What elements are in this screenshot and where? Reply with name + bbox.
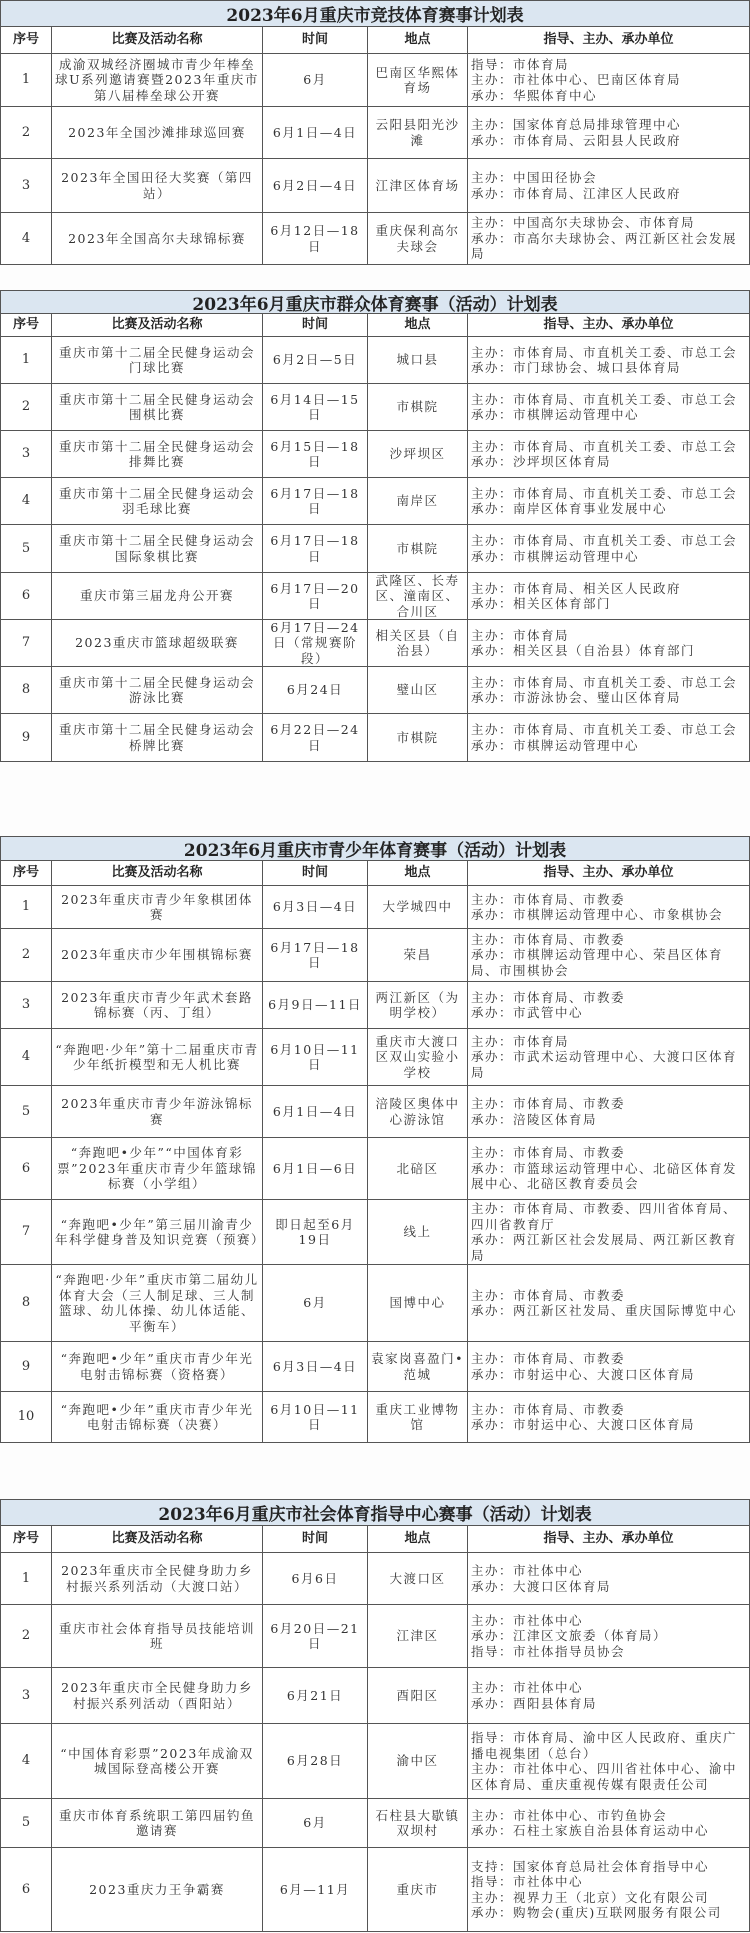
- row-number: 6: [1, 573, 52, 619]
- row-number: 5: [1, 1799, 52, 1847]
- event-name-text: 重庆市社会体育指导员技能培训班: [55, 1621, 259, 1652]
- event-location: 袁家岗喜盈门•范城: [368, 1342, 468, 1391]
- row-number-text: 8: [22, 1295, 30, 1311]
- event-time: 6月14日—15日: [263, 384, 368, 430]
- event-time: 6月20日—21日: [263, 1605, 368, 1667]
- event-time-text: 6月17日—18日: [266, 533, 364, 564]
- event-location-text: 涪陵区奥体中心游泳馆: [371, 1096, 464, 1127]
- event-organizers-text: 主办：市社体中心 承办：酉阳县体育局: [471, 1680, 597, 1711]
- event-location: 江津区: [368, 1605, 468, 1667]
- event-time: 6月10日—11日: [263, 1029, 368, 1085]
- event-organizers: 主办：中国高尔夫球协会、市体育局 承办：市高尔夫球协会、两江新区社会发展局: [468, 213, 749, 264]
- event-organizers-text: 主办：市体育局、市直机关工委、市总工会 承办：市棋牌运动管理中心: [471, 533, 737, 564]
- column-header-event-name: 比赛及活动名称: [52, 1526, 263, 1552]
- row-number-text: 5: [22, 1815, 30, 1831]
- event-organizers: 主办：市体育局、市教委 承办：市射运中心、大渡口区体育局: [468, 1342, 749, 1391]
- event-organizers: 主办：市体育局、市直机关工委、市总工会 承办：市棋牌运动管理中心: [468, 525, 749, 572]
- schedule-table-3: 2023年6月重庆市青少年体育赛事（活动）计划表序号比赛及活动名称时间地点指导、…: [0, 836, 750, 1443]
- row-number: 5: [1, 525, 52, 572]
- column-header-event-location: 地点: [368, 1526, 468, 1552]
- row-number-text: 3: [22, 446, 30, 462]
- event-organizers: 主办：市体育局、市教委 承办：市射运中心、大渡口区体育局: [468, 1392, 749, 1442]
- table-row: 5重庆市体育系统职工第四届钓鱼邀请赛6月石柱县大歇镇双坝村主办：市社体中心、市钓…: [1, 1799, 749, 1848]
- event-organizers: 主办：市体育局、市直机关工委、市总工会 承办：沙坪坝区体育局: [468, 431, 749, 477]
- event-time: 6月10日—11日: [263, 1392, 368, 1442]
- event-location: 江津区体育场: [368, 159, 468, 212]
- event-name: 2023年重庆市青少年武术套路锦标赛（丙、丁组）: [52, 982, 263, 1028]
- event-time-text: 6月2日—4日: [273, 178, 357, 194]
- event-organizers-text: 主办：中国高尔夫球协会、市体育局 承办：市高尔夫球协会、两江新区社会发展局: [471, 215, 746, 262]
- event-name-text: “奔跑吧•少年”重庆市青少年光电射击锦标赛（资格赛）: [55, 1351, 259, 1382]
- event-location: 市棋院: [368, 384, 468, 430]
- event-time: 6月3日—4日: [263, 1342, 368, 1391]
- event-organizers-text: 主办：市体育局、市教委、四川省体育局、四川省教育厅 承办：两江新区社会发展局、两…: [471, 1201, 746, 1263]
- event-name: 2023年全国高尔夫球锦标赛: [52, 213, 263, 264]
- row-number: 2: [1, 1605, 52, 1667]
- table-row: 22023年重庆市少年围棋锦标赛6月17日—18日荣昌主办：市体育局、市教委 承…: [1, 929, 749, 982]
- table-row: 12023年重庆市全民健身助力乡村振兴系列活动（大渡口站）6月6日大渡口区主办：…: [1, 1553, 749, 1605]
- event-name-text: 重庆市第十二届全民健身运动会围棋比赛: [55, 392, 259, 423]
- event-organizers-text: 主办：市体育局、市直机关工委、市总工会 承办：南岸区体育事业发展中心: [471, 486, 737, 517]
- event-time: 6月24日: [263, 667, 368, 713]
- table-row: 5重庆市第十二届全民健身运动会国际象棋比赛6月17日—18日市棋院主办：市体育局…: [1, 525, 749, 573]
- event-time: 6月3日—4日: [263, 886, 368, 928]
- column-header-event-name: 比赛及活动名称: [52, 314, 263, 336]
- event-organizers: 主办：市体育局、市教委 承办：市武管中心: [468, 982, 749, 1028]
- event-name-text: “奔跑吧·少年”重庆市第二届幼儿体育大会（三人制足球、三人制篮球、幼儿体操、幼儿…: [55, 1272, 259, 1334]
- event-organizers-text: 主办：市体育局、市教委 承办：市射运中心、大渡口区体育局: [471, 1402, 695, 1433]
- event-organizers: 主办：市体育局、市教委 承办：两江新区社发局、重庆国际博览中心: [468, 1265, 749, 1341]
- event-name-text: 重庆市第三届龙舟公开赛: [80, 588, 234, 604]
- row-number: 2: [1, 929, 52, 981]
- table-row: 32023年全国田径大奖赛（第四站）6月2日—4日江津区体育场主办：中国田径协会…: [1, 159, 749, 213]
- row-number: 1: [1, 337, 52, 383]
- row-number: 2: [1, 107, 52, 158]
- row-number-text: 6: [22, 588, 30, 604]
- row-number-text: 8: [22, 682, 30, 698]
- row-number: 4: [1, 213, 52, 264]
- schedule-table-2: 2023年6月重庆市群众体育赛事（活动）计划表序号比赛及活动名称时间地点指导、主…: [0, 290, 750, 762]
- event-organizers-text: 主办：国家体育总局排球管理中心 承办：市体育局、云阳县人民政府: [471, 117, 681, 148]
- event-time-text: 6月10日—11日: [266, 1042, 364, 1073]
- table-row: 42023年全国高尔夫球锦标赛6月12日—18日重庆保利高尔夫球会主办：中国高尔…: [1, 213, 749, 265]
- event-organizers: 主办：市社体中心 承办：大渡口区体育局: [468, 1553, 749, 1604]
- column-header-event-organizers: 指导、主办、承办单位: [468, 1526, 749, 1552]
- column-header-event-organizers: 指导、主办、承办单位: [468, 861, 749, 885]
- event-location-text: 石柱县大歇镇双坝村: [371, 1808, 464, 1839]
- table-row: 52023年重庆市青少年游泳锦标赛6月1日—4日涪陵区奥体中心游泳馆主办：市体育…: [1, 1086, 749, 1138]
- event-location: 武隆区、长寿区、潼南区、合川区: [368, 573, 468, 619]
- event-time-text: 6月6日: [292, 1571, 339, 1587]
- row-number-text: 4: [22, 493, 30, 509]
- event-time-text: 6月1日—6日: [273, 1161, 357, 1177]
- event-location-text: 市棋院: [396, 399, 438, 415]
- event-time: 6月1日—4日: [263, 1086, 368, 1137]
- event-name-text: 成渝双城经济圈城市青少年棒垒球U系列邀请赛暨2023年重庆市第八届棒垒球公开赛: [55, 57, 259, 104]
- table-row: 6“奔跑吧•少年”“中国体育彩票”2023年重庆市青少年篮球锦标赛（小学组）6月…: [1, 1138, 749, 1200]
- event-time-text: 6月12日—18日: [266, 223, 364, 254]
- event-time: 6月1日—6日: [263, 1138, 368, 1199]
- row-number-text: 7: [22, 635, 30, 651]
- event-name: 2023年全国沙滩排球巡回赛: [52, 107, 263, 158]
- row-number-text: 2: [22, 947, 30, 963]
- event-location-text: 江津区: [396, 1628, 438, 1644]
- row-number-text: 6: [22, 1161, 30, 1177]
- event-name: “中国体育彩票”2023年成渝双城国际登高楼公开赛: [52, 1724, 263, 1798]
- event-location: 重庆市大渡口区双山实验小学校: [368, 1029, 468, 1085]
- event-time: 6月6日: [263, 1553, 368, 1604]
- event-organizers-text: 主办：市体育局、市教委 承办：市武管中心: [471, 990, 625, 1021]
- event-organizers-text: 主办：市体育局、市教委 承办：市射运中心、大渡口区体育局: [471, 1351, 695, 1382]
- event-location-text: 市棋院: [396, 541, 438, 557]
- row-number-text: 5: [22, 541, 30, 557]
- event-location: 相关区县（自治县）: [368, 620, 468, 666]
- table-header-row: 序号比赛及活动名称时间地点指导、主办、承办单位: [1, 27, 749, 54]
- event-organizers-text: 主办：中国田径协会 承办：市体育局、江津区人民政府: [471, 170, 681, 201]
- row-number: 7: [1, 1200, 52, 1264]
- column-header-event-name: 比赛及活动名称: [52, 27, 263, 53]
- event-time: 6月12日—18日: [263, 213, 368, 264]
- event-time: 6月9日—11日: [263, 982, 368, 1028]
- table-row: 2重庆市第十二届全民健身运动会围棋比赛6月14日—15日市棋院主办：市体育局、市…: [1, 384, 749, 431]
- column-header-event-location: 地点: [368, 27, 468, 53]
- event-time-text: 6月—11月: [280, 1882, 350, 1898]
- event-name: 成渝双城经济圈城市青少年棒垒球U系列邀请赛暨2023年重庆市第八届棒垒球公开赛: [52, 54, 263, 106]
- event-time-text: 6月10日—11日: [266, 1402, 364, 1433]
- event-name: 2023年重庆市青少年象棋团体赛: [52, 886, 263, 928]
- event-time: 6月15日—18日: [263, 431, 368, 477]
- event-name-text: 2023年重庆市全民健身助力乡村振兴系列活动（酉阳站）: [55, 1680, 259, 1711]
- event-location: 涪陵区奥体中心游泳馆: [368, 1086, 468, 1137]
- event-organizers-text: 指导：市体育局、渝中区人民政府、重庆广播电视集团（总台） 主办：市社体中心、四川…: [471, 1730, 746, 1792]
- event-organizers: 主办：市体育局 承办：相关区县（自治县）体育部门: [468, 620, 749, 666]
- event-location-text: 线上: [403, 1224, 431, 1240]
- event-name: 重庆市第十二届全民健身运动会羽毛球比赛: [52, 478, 263, 524]
- event-organizers-text: 主办：市体育局 承办：市武术运动管理中心、大渡口区体育局: [471, 1034, 746, 1081]
- event-time: 6月: [263, 1265, 368, 1341]
- event-time-text: 6月3日—4日: [273, 1359, 357, 1375]
- event-location: 市棋院: [368, 714, 468, 761]
- event-organizers: 主办：市社体中心 承办：江津区文旅委（体育局） 指导：市社体指导员协会: [468, 1605, 749, 1667]
- row-number-text: 3: [22, 178, 30, 194]
- table-header-row: 序号比赛及活动名称时间地点指导、主办、承办单位: [1, 1526, 749, 1553]
- event-time: 6月17日—18日: [263, 929, 368, 981]
- event-location-text: 重庆市: [396, 1882, 438, 1898]
- event-time: 6月17日—18日: [263, 525, 368, 572]
- row-number-text: 3: [22, 1688, 30, 1704]
- event-location-text: 巴南区华熙体育场: [371, 65, 464, 96]
- table-row: 4“奔跑吧·少年”第十二届重庆市青少年纸折模型和无人机比赛6月10日—11日重庆…: [1, 1029, 749, 1086]
- event-location-text: 国博中心: [389, 1295, 445, 1311]
- event-organizers-text: 支持：国家体育总局社会体育指导中心 指导：市社体中心 主办：视界力王（北京）文化…: [471, 1859, 722, 1921]
- event-organizers: 主办：市体育局、市教委 承办：市棋牌运动管理中心、荣昌区体育局、市围棋协会: [468, 929, 749, 981]
- row-number-text: 2: [22, 125, 30, 141]
- event-organizers-text: 主办：市社体中心 承办：大渡口区体育局: [471, 1563, 611, 1594]
- event-time-text: 6月2日—5日: [273, 352, 357, 368]
- event-time: 6月17日—20日: [263, 573, 368, 619]
- event-location-text: 相关区县（自治县）: [371, 628, 464, 659]
- row-number: 3: [1, 982, 52, 1028]
- event-time-text: 6月: [303, 1815, 326, 1831]
- event-location-text: 两江新区（为明学校）: [371, 990, 464, 1021]
- event-time-text: 6月17日—24日（常规赛阶段）: [266, 620, 364, 667]
- table-title: 2023年6月重庆市群众体育赛事（活动）计划表: [1, 291, 749, 314]
- row-number: 1: [1, 54, 52, 106]
- column-header-event-name: 比赛及活动名称: [52, 861, 263, 885]
- table-row: 12023年重庆市青少年象棋团体赛6月3日—4日大学城四中主办：市体育局、市教委…: [1, 886, 749, 929]
- column-header-row-number: 序号: [1, 1526, 52, 1552]
- table-row: 1重庆市第十二届全民健身运动会门球比赛6月2日—5日城口县主办：市体育局、市直机…: [1, 337, 749, 384]
- event-name-text: 2023重庆力王争霸赛: [89, 1882, 225, 1898]
- table-row: 32023年重庆市全民健身助力乡村振兴系列活动（酉阳站）6月21日酉阳区主办：市…: [1, 1668, 749, 1724]
- table-row: 72023重庆市篮球超级联赛6月17日—24日（常规赛阶段）相关区县（自治县）主…: [1, 620, 749, 667]
- event-time: 6月17日—18日: [263, 478, 368, 524]
- event-location-text: 市棋院: [396, 730, 438, 746]
- row-number-text: 10: [18, 1409, 35, 1425]
- event-organizers: 主办：国家体育总局排球管理中心 承办：市体育局、云阳县人民政府: [468, 107, 749, 158]
- event-name: “奔跑吧•少年”“中国体育彩票”2023年重庆市青少年篮球锦标赛（小学组）: [52, 1138, 263, 1199]
- event-location: 重庆保利高尔夫球会: [368, 213, 468, 264]
- column-header-event-time: 时间: [263, 861, 368, 885]
- event-location: 南岸区: [368, 478, 468, 524]
- event-time: 6月: [263, 1799, 368, 1847]
- event-organizers: 主办：市体育局、市直机关工委、市总工会 承办：市游泳协会、璧山区体育局: [468, 667, 749, 713]
- event-location: 国博中心: [368, 1265, 468, 1341]
- table-title: 2023年6月重庆市竞技体育赛事计划表: [1, 1, 749, 27]
- event-time-text: 6月28日: [287, 1753, 343, 1769]
- event-time-text: 6月14日—15日: [266, 392, 364, 423]
- event-organizers-text: 主办：市社体中心 承办：江津区文旅委（体育局） 指导：市社体指导员协会: [471, 1613, 667, 1660]
- table-row: 8“奔跑吧·少年”重庆市第二届幼儿体育大会（三人制足球、三人制篮球、幼儿体操、幼…: [1, 1265, 749, 1342]
- event-organizers: 主办：市体育局、市直机关工委、市总工会 承办：南岸区体育事业发展中心: [468, 478, 749, 524]
- row-number: 6: [1, 1848, 52, 1931]
- row-number: 4: [1, 1724, 52, 1798]
- row-number: 8: [1, 667, 52, 713]
- event-name-text: 重庆市体育系统职工第四届钓鱼邀请赛: [55, 1808, 259, 1839]
- event-name-text: “中国体育彩票”2023年成渝双城国际登高楼公开赛: [55, 1746, 259, 1777]
- event-location-text: 城口县: [396, 352, 438, 368]
- event-time-text: 6月20日—21日: [266, 1621, 364, 1652]
- event-organizers: 主办：市体育局、相关区人民政府 承办：相关区体育部门: [468, 573, 749, 619]
- event-time-text: 6月17日—18日: [266, 940, 364, 971]
- event-name-text: 2023年全国高尔夫球锦标赛: [68, 231, 246, 247]
- event-location: 荣昌: [368, 929, 468, 981]
- event-organizers-text: 主办：市体育局、市教委 承办：两江新区社发局、重庆国际博览中心: [471, 1288, 737, 1319]
- event-organizers-text: 主办：市体育局 承办：相关区县（自治县）体育部门: [471, 628, 695, 659]
- column-header-row-number: 序号: [1, 27, 52, 53]
- row-number-text: 1: [22, 72, 30, 88]
- event-name: “奔跑吧•少年”重庆市青少年光电射击锦标赛（资格赛）: [52, 1342, 263, 1391]
- event-time-text: 6月21日: [287, 1688, 343, 1704]
- event-name: 2023年重庆市全民健身助力乡村振兴系列活动（大渡口站）: [52, 1553, 263, 1604]
- event-organizers-text: 主办：市社体中心、市钓鱼协会 承办：石柱土家族自治县体育运动中心: [471, 1808, 709, 1839]
- event-location: 两江新区（为明学校）: [368, 982, 468, 1028]
- event-time: 6月—11月: [263, 1848, 368, 1931]
- event-name-text: 2023年重庆市少年围棋锦标赛: [61, 947, 253, 963]
- column-header-event-time: 时间: [263, 1526, 368, 1552]
- event-name: “奔跑吧•少年”重庆市青少年光电射击锦标赛（决赛）: [52, 1392, 263, 1442]
- row-number: 9: [1, 714, 52, 761]
- row-number-text: 4: [22, 231, 30, 247]
- event-location: 线上: [368, 1200, 468, 1264]
- event-organizers: 指导：市体育局 主办：市社体中心、巴南区体育局 承办：华熙体育中心: [468, 54, 749, 106]
- column-header-event-time: 时间: [263, 27, 368, 53]
- event-time-text: 6月1日—4日: [273, 1104, 357, 1120]
- event-time: 6月: [263, 54, 368, 106]
- column-header-row-number: 序号: [1, 314, 52, 336]
- event-name-text: 重庆市第十二届全民健身运动会羽毛球比赛: [55, 486, 259, 517]
- row-number: 2: [1, 384, 52, 430]
- event-name-text: 2023年全国沙滩排球巡回赛: [68, 125, 246, 141]
- event-time-text: 6月: [303, 72, 326, 88]
- event-organizers: 主办：市体育局、市教委 承办：市棋牌运动管理中心、市象棋协会: [468, 886, 749, 928]
- row-number: 5: [1, 1086, 52, 1137]
- row-number: 6: [1, 1138, 52, 1199]
- table-row: 2重庆市社会体育指导员技能培训班6月20日—21日江津区主办：市社体中心 承办：…: [1, 1605, 749, 1668]
- event-location-text: 袁家岗喜盈门•范城: [371, 1351, 464, 1382]
- event-name: 重庆市第三届龙舟公开赛: [52, 573, 263, 619]
- row-number-text: 2: [22, 399, 30, 415]
- event-organizers: 指导：市体育局、渝中区人民政府、重庆广播电视集团（总台） 主办：市社体中心、四川…: [468, 1724, 749, 1798]
- event-location-text: 酉阳区: [396, 1688, 438, 1704]
- event-location: 云阳县阳光沙滩: [368, 107, 468, 158]
- event-name: 重庆市第十二届全民健身运动会门球比赛: [52, 337, 263, 383]
- table-row: 22023年全国沙滩排球巡回赛6月1日—4日云阳县阳光沙滩主办：国家体育总局排球…: [1, 107, 749, 159]
- event-location: 大学城四中: [368, 886, 468, 928]
- event-location: 渝中区: [368, 1724, 468, 1798]
- event-organizers: 主办：市社体中心、市钓鱼协会 承办：石柱土家族自治县体育运动中心: [468, 1799, 749, 1847]
- event-time-text: 6月17日—20日: [266, 581, 364, 612]
- row-number-text: 7: [22, 1224, 30, 1240]
- event-organizers-text: 主办：市体育局、市教委 承办：市篮球运动管理中心、北碚区体育发展中心、北碚区教育…: [471, 1145, 746, 1192]
- column-header-event-organizers: 指导、主办、承办单位: [468, 314, 749, 336]
- row-number: 8: [1, 1265, 52, 1341]
- event-location-text: 璧山区: [396, 682, 438, 698]
- event-location: 璧山区: [368, 667, 468, 713]
- event-time-text: 6月1日—4日: [273, 125, 357, 141]
- event-time: 即日起至6月19日: [263, 1200, 368, 1264]
- event-organizers-text: 主办：市体育局、市教委 承办：市棋牌运动管理中心、荣昌区体育局、市围棋协会: [471, 932, 746, 979]
- event-name-text: 重庆市第十二届全民健身运动会排舞比赛: [55, 439, 259, 470]
- event-location: 巴南区华熙体育场: [368, 54, 468, 106]
- event-time-text: 6月24日: [287, 682, 343, 698]
- event-name: “奔跑吧·少年”重庆市第二届幼儿体育大会（三人制足球、三人制篮球、幼儿体操、幼儿…: [52, 1265, 263, 1341]
- event-name-text: 2023年重庆市全民健身助力乡村振兴系列活动（大渡口站）: [55, 1563, 259, 1594]
- event-name-text: 重庆市第十二届全民健身运动会门球比赛: [55, 345, 259, 376]
- event-name-text: 重庆市第十二届全民健身运动会桥牌比赛: [55, 722, 259, 753]
- event-organizers: 主办：市体育局、市教委 承办：市篮球运动管理中心、北碚区体育发展中心、北碚区教育…: [468, 1138, 749, 1199]
- column-header-event-time: 时间: [263, 314, 368, 336]
- event-location: 重庆工业博物馆: [368, 1392, 468, 1442]
- event-location-text: 重庆保利高尔夫球会: [371, 223, 464, 254]
- event-location: 石柱县大歇镇双坝村: [368, 1799, 468, 1847]
- table-row: 1成渝双城经济圈城市青少年棒垒球U系列邀请赛暨2023年重庆市第八届棒垒球公开赛…: [1, 54, 749, 107]
- table-row: 9“奔跑吧•少年”重庆市青少年光电射击锦标赛（资格赛）6月3日—4日袁家岗喜盈门…: [1, 1342, 749, 1392]
- row-number: 3: [1, 159, 52, 212]
- event-organizers-text: 主办：市体育局、市直机关工委、市总工会 承办：沙坪坝区体育局: [471, 439, 737, 470]
- event-organizers: 主办：市社体中心 承办：酉阳县体育局: [468, 1668, 749, 1723]
- table-row: 8重庆市第十二届全民健身运动会游泳比赛6月24日璧山区主办：市体育局、市直机关工…: [1, 667, 749, 714]
- column-header-row-number: 序号: [1, 861, 52, 885]
- event-location-text: 沙坪坝区: [389, 446, 445, 462]
- event-location-text: 云阳县阳光沙滩: [371, 117, 464, 148]
- event-organizers-text: 主办：市体育局、市教委 承办：市棋牌运动管理中心、市象棋协会: [471, 892, 723, 923]
- event-name: 重庆市第十二届全民健身运动会国际象棋比赛: [52, 525, 263, 572]
- event-name-text: “奔跑吧·少年”第十二届重庆市青少年纸折模型和无人机比赛: [55, 1042, 259, 1073]
- event-location: 市棋院: [368, 525, 468, 572]
- event-organizers: 主办：市体育局 承办：市武术运动管理中心、大渡口区体育局: [468, 1029, 749, 1085]
- event-organizers-text: 主办：市体育局、市直机关工委、市总工会 承办：市棋牌运动管理中心: [471, 722, 737, 753]
- event-organizers: 支持：国家体育总局社会体育指导中心 指导：市社体中心 主办：视界力王（北京）文化…: [468, 1848, 749, 1931]
- event-name: “奔跑吧•少年”第三届川渝青少年科学健身普及知识竞赛（预赛）: [52, 1200, 263, 1264]
- event-time: 6月1日—4日: [263, 107, 368, 158]
- event-organizers-text: 主办：市体育局、市直机关工委、市总工会 承办：市门球协会、城口县体育局: [471, 345, 737, 376]
- row-number: 10: [1, 1392, 52, 1442]
- event-name: 2023年重庆市青少年游泳锦标赛: [52, 1086, 263, 1137]
- event-location: 酉阳区: [368, 1668, 468, 1723]
- event-location: 重庆市: [368, 1848, 468, 1931]
- event-location-text: 武隆区、长寿区、潼南区、合川区: [371, 573, 464, 620]
- row-number: 1: [1, 1553, 52, 1604]
- event-location-text: 南岸区: [396, 493, 438, 509]
- event-name: 2023重庆力王争霸赛: [52, 1848, 263, 1931]
- row-number: 4: [1, 1029, 52, 1085]
- event-name-text: “奔跑吧•少年”第三届川渝青少年科学健身普及知识竞赛（预赛）: [55, 1217, 259, 1248]
- event-name: 重庆市第十二届全民健身运动会游泳比赛: [52, 667, 263, 713]
- event-organizers-text: 指导：市体育局 主办：市社体中心、巴南区体育局 承办：华熙体育中心: [471, 57, 681, 104]
- table-row: 9重庆市第十二届全民健身运动会桥牌比赛6月22日—24日市棋院主办：市体育局、市…: [1, 714, 749, 762]
- table-row: 62023重庆力王争霸赛6月—11月重庆市支持：国家体育总局社会体育指导中心 指…: [1, 1848, 749, 1932]
- event-location-text: 荣昌: [403, 947, 431, 963]
- event-location: 北碚区: [368, 1138, 468, 1199]
- schedule-table-4: 2023年6月重庆市社会体育指导中心赛事（活动）计划表序号比赛及活动名称时间地点…: [0, 1499, 750, 1932]
- table-row: 7“奔跑吧•少年”第三届川渝青少年科学健身普及知识竞赛（预赛）即日起至6月19日…: [1, 1200, 749, 1265]
- event-location-text: 渝中区: [396, 1753, 438, 1769]
- event-name-text: 2023年全国田径大奖赛（第四站）: [55, 170, 259, 201]
- event-name: 2023年重庆市全民健身助力乡村振兴系列活动（酉阳站）: [52, 1668, 263, 1723]
- event-organizers-text: 主办：市体育局、市直机关工委、市总工会 承办：市棋牌运动管理中心: [471, 392, 737, 423]
- event-location: 城口县: [368, 337, 468, 383]
- event-name: 2023重庆市篮球超级联赛: [52, 620, 263, 666]
- table-title: 2023年6月重庆市青少年体育赛事（活动）计划表: [1, 837, 749, 861]
- table-row: 4“中国体育彩票”2023年成渝双城国际登高楼公开赛6月28日渝中区指导：市体育…: [1, 1724, 749, 1799]
- row-number: 1: [1, 886, 52, 928]
- event-time-text: 6月22日—24日: [266, 722, 364, 753]
- event-time: 6月22日—24日: [263, 714, 368, 761]
- event-name: 重庆市第十二届全民健身运动会围棋比赛: [52, 384, 263, 430]
- column-header-event-organizers: 指导、主办、承办单位: [468, 27, 749, 53]
- event-organizers: 主办：市体育局、市教委、四川省体育局、四川省教育厅 承办：两江新区社会发展局、两…: [468, 1200, 749, 1264]
- row-number-text: 4: [22, 1049, 30, 1065]
- event-organizers-text: 主办：市体育局、市教委 承办：涪陵区体育局: [471, 1096, 625, 1127]
- event-location-text: 大渡口区: [389, 1571, 445, 1587]
- table-header-row: 序号比赛及活动名称时间地点指导、主办、承办单位: [1, 314, 749, 337]
- event-name-text: 2023重庆市篮球超级联赛: [75, 635, 239, 651]
- event-time-text: 6月: [303, 1295, 326, 1311]
- event-time-text: 6月9日—11日: [268, 997, 362, 1013]
- table-row: 32023年重庆市青少年武术套路锦标赛（丙、丁组）6月9日—11日两江新区（为明…: [1, 982, 749, 1029]
- event-name-text: 2023年重庆市青少年象棋团体赛: [55, 892, 259, 923]
- table-row: 6重庆市第三届龙舟公开赛6月17日—20日武隆区、长寿区、潼南区、合川区主办：市…: [1, 573, 749, 620]
- row-number-text: 9: [22, 1359, 30, 1375]
- event-time: 6月28日: [263, 1724, 368, 1798]
- event-time: 6月17日—24日（常规赛阶段）: [263, 620, 368, 666]
- row-number-text: 6: [22, 1882, 30, 1898]
- row-number-text: 2: [22, 1628, 30, 1644]
- row-number: 3: [1, 431, 52, 477]
- row-number: 3: [1, 1668, 52, 1723]
- event-name-text: “奔跑吧•少年”“中国体育彩票”2023年重庆市青少年篮球锦标赛（小学组）: [55, 1145, 259, 1192]
